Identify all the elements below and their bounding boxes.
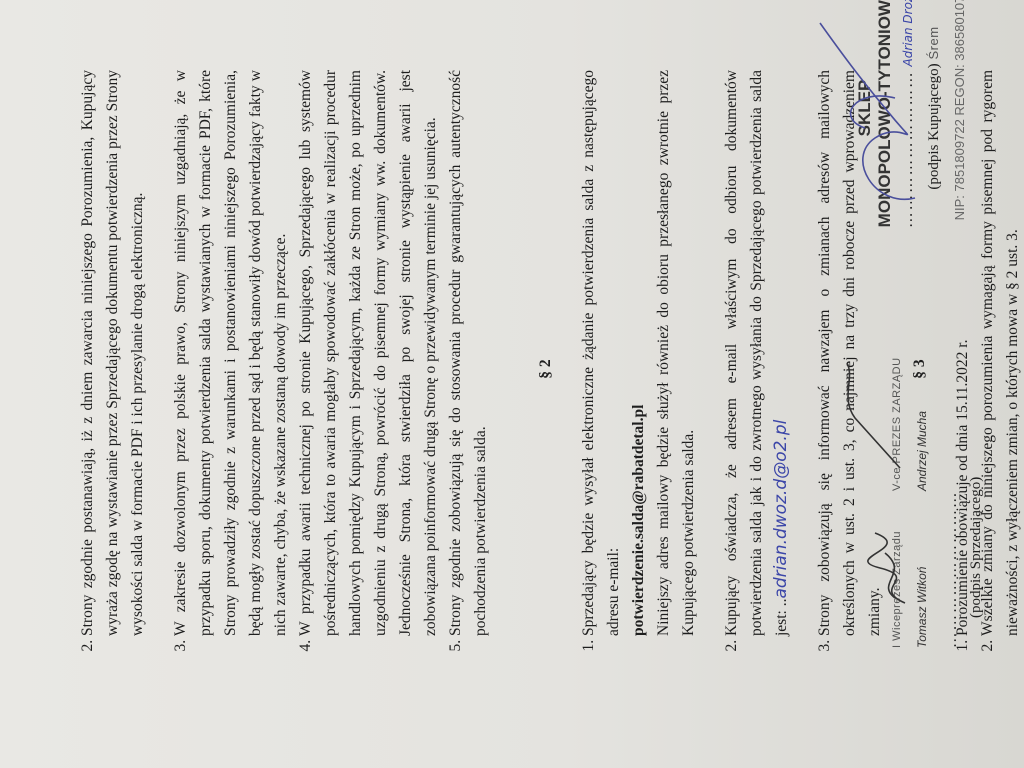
buyer-signature-scribble (815, 18, 935, 218)
section1-item-3: W zakresie dozwolonym przez polskie praw… (168, 70, 293, 636)
item-text: W zakresie dozwolonym przez polskie praw… (172, 70, 289, 636)
section2-item-2: Kupujący oświadcza, że adresem e-mail wł… (719, 70, 794, 636)
item-text: Sprzedający będzie wysyłał elektroniczne… (580, 70, 622, 636)
signature-area: I Wiceprezes Zarządu Tomasz Witkoń V-ce … (885, 60, 1015, 668)
section2-item-1: Sprzedający będzie wysyłał elektroniczne… (576, 70, 701, 636)
document-page: Strony zgodnie postanawiają, iż z dniem … (0, 0, 1024, 768)
section1-item-5: Strony zgodnie zobowiązują się do stosow… (443, 70, 493, 636)
item-text: Niniejszy adres mailowy będzie służył ró… (655, 70, 697, 636)
section1-item-2: Strony zgodnie postanawiają, iż z dniem … (75, 70, 150, 636)
buyer-signature-block: SKLEP MONOPOLOWO-TYTONIOWY ……………………… Adr… (855, 0, 972, 248)
item-text: Strony zgodnie postanawiają, iż z dniem … (79, 70, 146, 636)
seller-email: potwierdzenie.salda@rabatdetal.pl (630, 405, 647, 636)
seller-signature-block: I Wiceprezes Zarządu Tomasz Witkoń V-ce … (885, 328, 989, 648)
section2-heading: § 2 (533, 70, 558, 668)
section1-list: Strony zgodnie postanawiają, iż z dniem … (75, 70, 493, 668)
seller-signature-scribble-2 (845, 358, 905, 478)
seller-stamp2-name: Andrzej Mucha (910, 357, 935, 491)
section1-item-4: W przypadku awarii technicznej po stroni… (293, 70, 443, 636)
seller-signature-scribble (865, 528, 925, 608)
seller-signature-line: ……………………… (939, 328, 964, 648)
item-text: Strony zgodnie zobowiązują się do stosow… (447, 70, 489, 636)
stamp-nip-regon: NIP: 7851809722 REGON: 386580107 (947, 0, 972, 248)
buyer-email-handwritten: adrian.dwoz.d@o2.pl (771, 420, 791, 599)
seller-signature-label: (podpis Sprzedającego) (964, 328, 989, 618)
item-text: W przypadku awarii technicznej po stroni… (297, 70, 439, 636)
